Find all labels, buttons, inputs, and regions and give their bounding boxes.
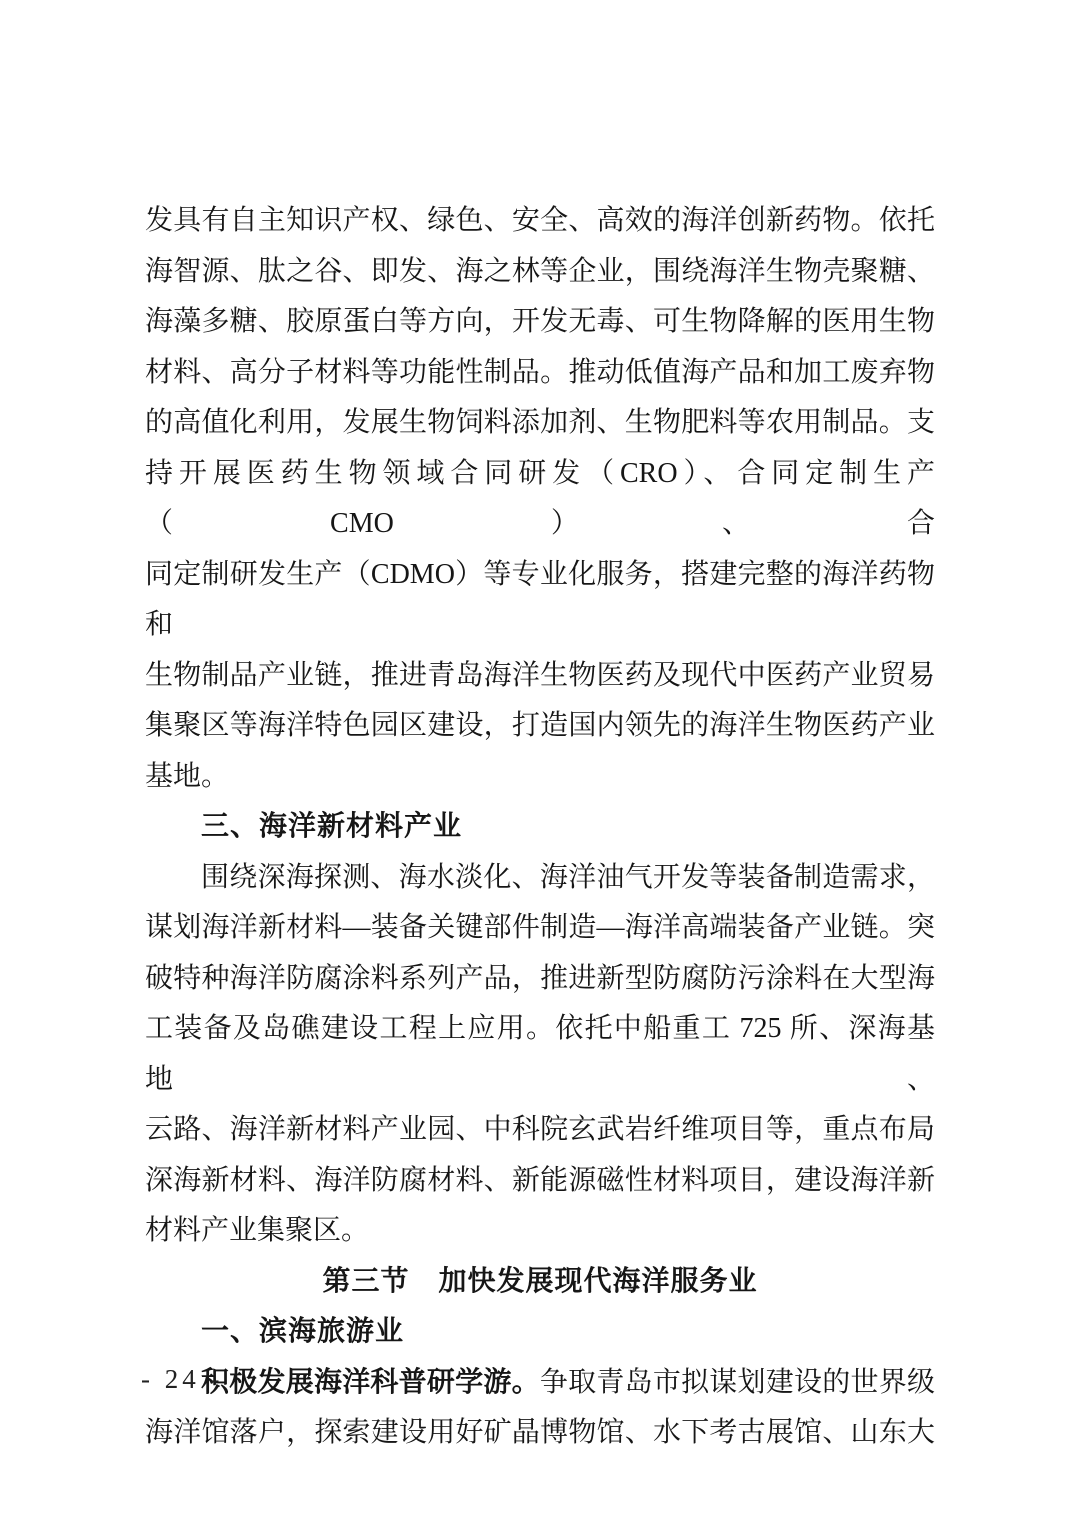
paragraph-line: 积极发展海洋科普研学游。争取青岛市拟谋划建设的世界级 [145, 1358, 935, 1409]
paragraph-line: 同定制研发生产（CDMO）等专业化服务，搭建完整的海洋药物和 [145, 550, 935, 651]
subsection-heading-coastal-tourism: 一、滨海旅游业 [145, 1307, 935, 1358]
document-page: 发具有自主知识产权、绿色、安全、高效的海洋创新药物。依托 海智源、肽之谷、即发、… [0, 0, 1074, 1520]
paragraph-line: 谋划海洋新材料—装备关键部件制造—海洋高端装备产业链。突 [145, 903, 935, 954]
paragraph-line: 海藻多糖、胶原蛋白等方向，开发无毒、可生物降解的医用生物 [145, 297, 935, 348]
paragraph-line: 基地。 [145, 752, 935, 803]
paragraph-line: 材料、高分子材料等功能性制品。推动低值海产品和加工废弃物 [145, 348, 935, 399]
bold-lead-sentence: 积极发展海洋科普研学游。 [201, 1367, 540, 1398]
page-number: - 24 - [141, 1364, 223, 1395]
paragraph-line: 围绕深海探测、海水淡化、海洋油气开发等装备制造需求， [145, 853, 935, 904]
paragraph-line: 海洋馆落户，探索建设用好矿晶博物馆、水下考古展馆、山东大 [145, 1408, 935, 1459]
paragraph-line: 生物制品产业链，推进青岛海洋生物医药及现代中医药产业贸易 [145, 651, 935, 702]
paragraph-line: 发具有自主知识产权、绿色、安全、高效的海洋创新药物。依托 [145, 196, 935, 247]
subsection-heading-marine-new-materials: 三、海洋新材料产业 [145, 802, 935, 853]
paragraph-text: 争取青岛市拟谋划建设的世界级 [540, 1367, 935, 1398]
paragraph-line: 云路、海洋新材料产业园、中科院玄武岩纤维项目等，重点布局 [145, 1105, 935, 1156]
paragraph-line: 材料产业集聚区。 [145, 1206, 935, 1257]
paragraph-line: 海智源、肽之谷、即发、海之林等企业，围绕海洋生物壳聚糖、 [145, 247, 935, 298]
paragraph-line: 破特种海洋防腐涂料系列产品，推进新型防腐防污涂料在大型海 [145, 954, 935, 1005]
paragraph-line: 的高值化利用，发展生物饲料添加剂、生物肥料等农用制品。支 [145, 398, 935, 449]
paragraph-line: 深海新材料、海洋防腐材料、新能源磁性材料项目，建设海洋新 [145, 1156, 935, 1207]
paragraph-line: 持开展医药生物领域合同研发（CRO）、合同定制生产（CMO）、合 [145, 449, 935, 550]
document-body: 发具有自主知识产权、绿色、安全、高效的海洋创新药物。依托 海智源、肽之谷、即发、… [145, 196, 935, 1459]
paragraph-line: 集聚区等海洋特色园区建设，打造国内领先的海洋生物医药产业 [145, 701, 935, 752]
paragraph-line: 工装备及岛礁建设工程上应用。依托中船重工 725 所、深海基地、 [145, 1004, 935, 1105]
section-heading-modern-marine-services: 第三节 加快发展现代海洋服务业 [145, 1257, 935, 1308]
